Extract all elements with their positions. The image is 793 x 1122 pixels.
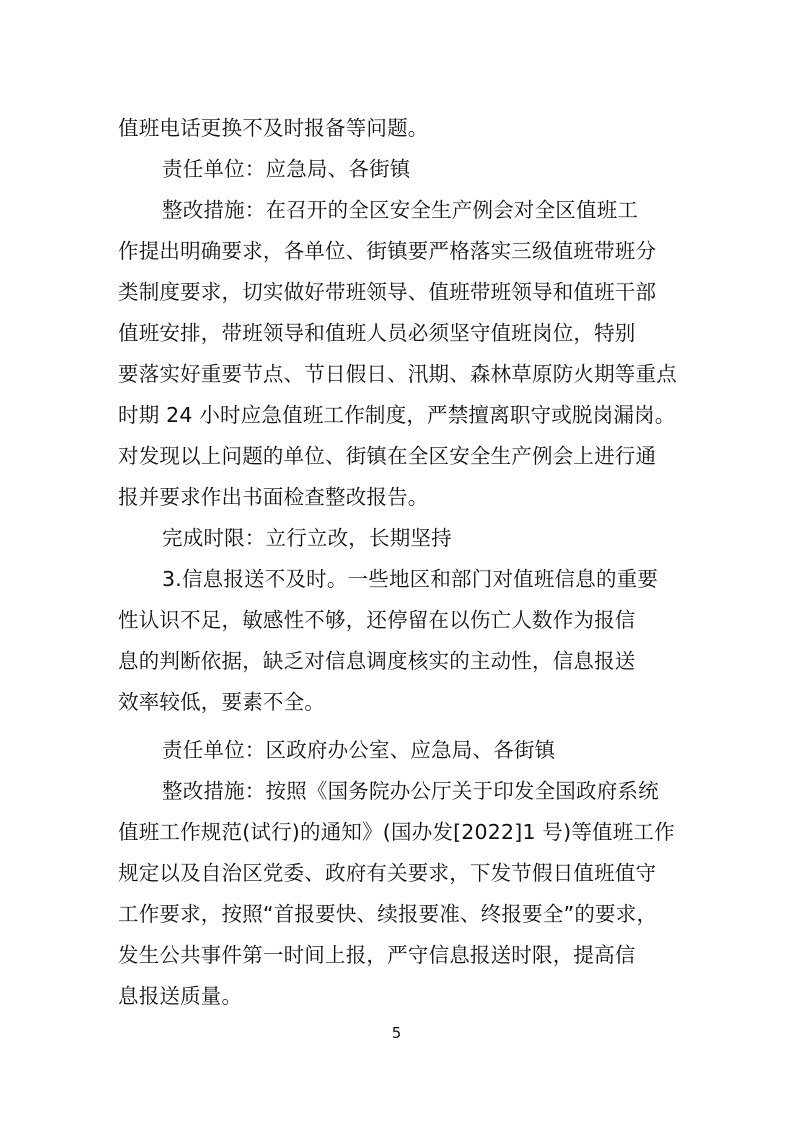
text-line: 息报送质量。 xyxy=(118,979,242,1009)
text-line: 整改措施：按照《国务院办公厅关于印发全国政府系统 xyxy=(162,774,659,804)
text-line: 责任单位：区政府办公室、应急局、各街镇 xyxy=(162,733,555,763)
text-line: 时期 24 小时应急值班工作制度，严禁擅离职守或脱岗漏岗。 xyxy=(118,398,675,428)
text-line: 值班工作规范(试行)的通知》(国办发[2022]1 号)等值班工作 xyxy=(118,815,675,845)
text-line: 性认识不足，敏感性不够，还停留在以伤亡人数作为报信 xyxy=(118,603,636,633)
text-line: 效率较低，要素不全。 xyxy=(118,685,325,715)
text-line: 值班电话更换不及时报备等问题。 xyxy=(118,111,429,141)
document-page: 值班电话更换不及时报备等问题。 责任单位：应急局、各街镇 整改措施：在召开的全区… xyxy=(0,0,793,1122)
text-line: 对发现以上问题的单位、街镇在全区安全生产例会上进行通 xyxy=(118,439,656,469)
text-line: 责任单位：应急局、各街镇 xyxy=(162,152,410,182)
text-line: 规定以及自治区党委、政府有关要求，下发节假日值班值守 xyxy=(118,856,656,886)
text-line: 工作要求，按照“首报要快、续报要准、终报要全”的要求， xyxy=(118,897,657,927)
text-line: 发生公共事件第一时间上报，严守信息报送时限，提高信 xyxy=(118,938,636,968)
text-line: 3.信息报送不及时。一些地区和部门对值班信息的重要 xyxy=(162,562,658,592)
text-line: 息的判断依据，缺乏对信息调度核实的主动性，信息报送 xyxy=(118,644,636,674)
text-line: 值班安排，带班领导和值班人员必须坚守值班岗位，特别 xyxy=(118,316,636,346)
text-line: 类制度要求，切实做好带班领导、值班带班领导和值班干部 xyxy=(118,275,656,305)
text-line: 报并要求作出书面检查整改报告。 xyxy=(118,480,429,510)
page-number: 5 xyxy=(0,1024,793,1042)
text-line: 要落实好重要节点、节日假日、汛期、森林草原防火期等重点 xyxy=(118,357,677,387)
text-line: 作提出明确要求，各单位、街镇要严格落实三级值班带班分 xyxy=(118,234,656,264)
text-line: 整改措施：在召开的全区安全生产例会对全区值班工 xyxy=(162,193,638,223)
text-line: 完成时限：立行立改，长期坚持 xyxy=(162,521,452,551)
